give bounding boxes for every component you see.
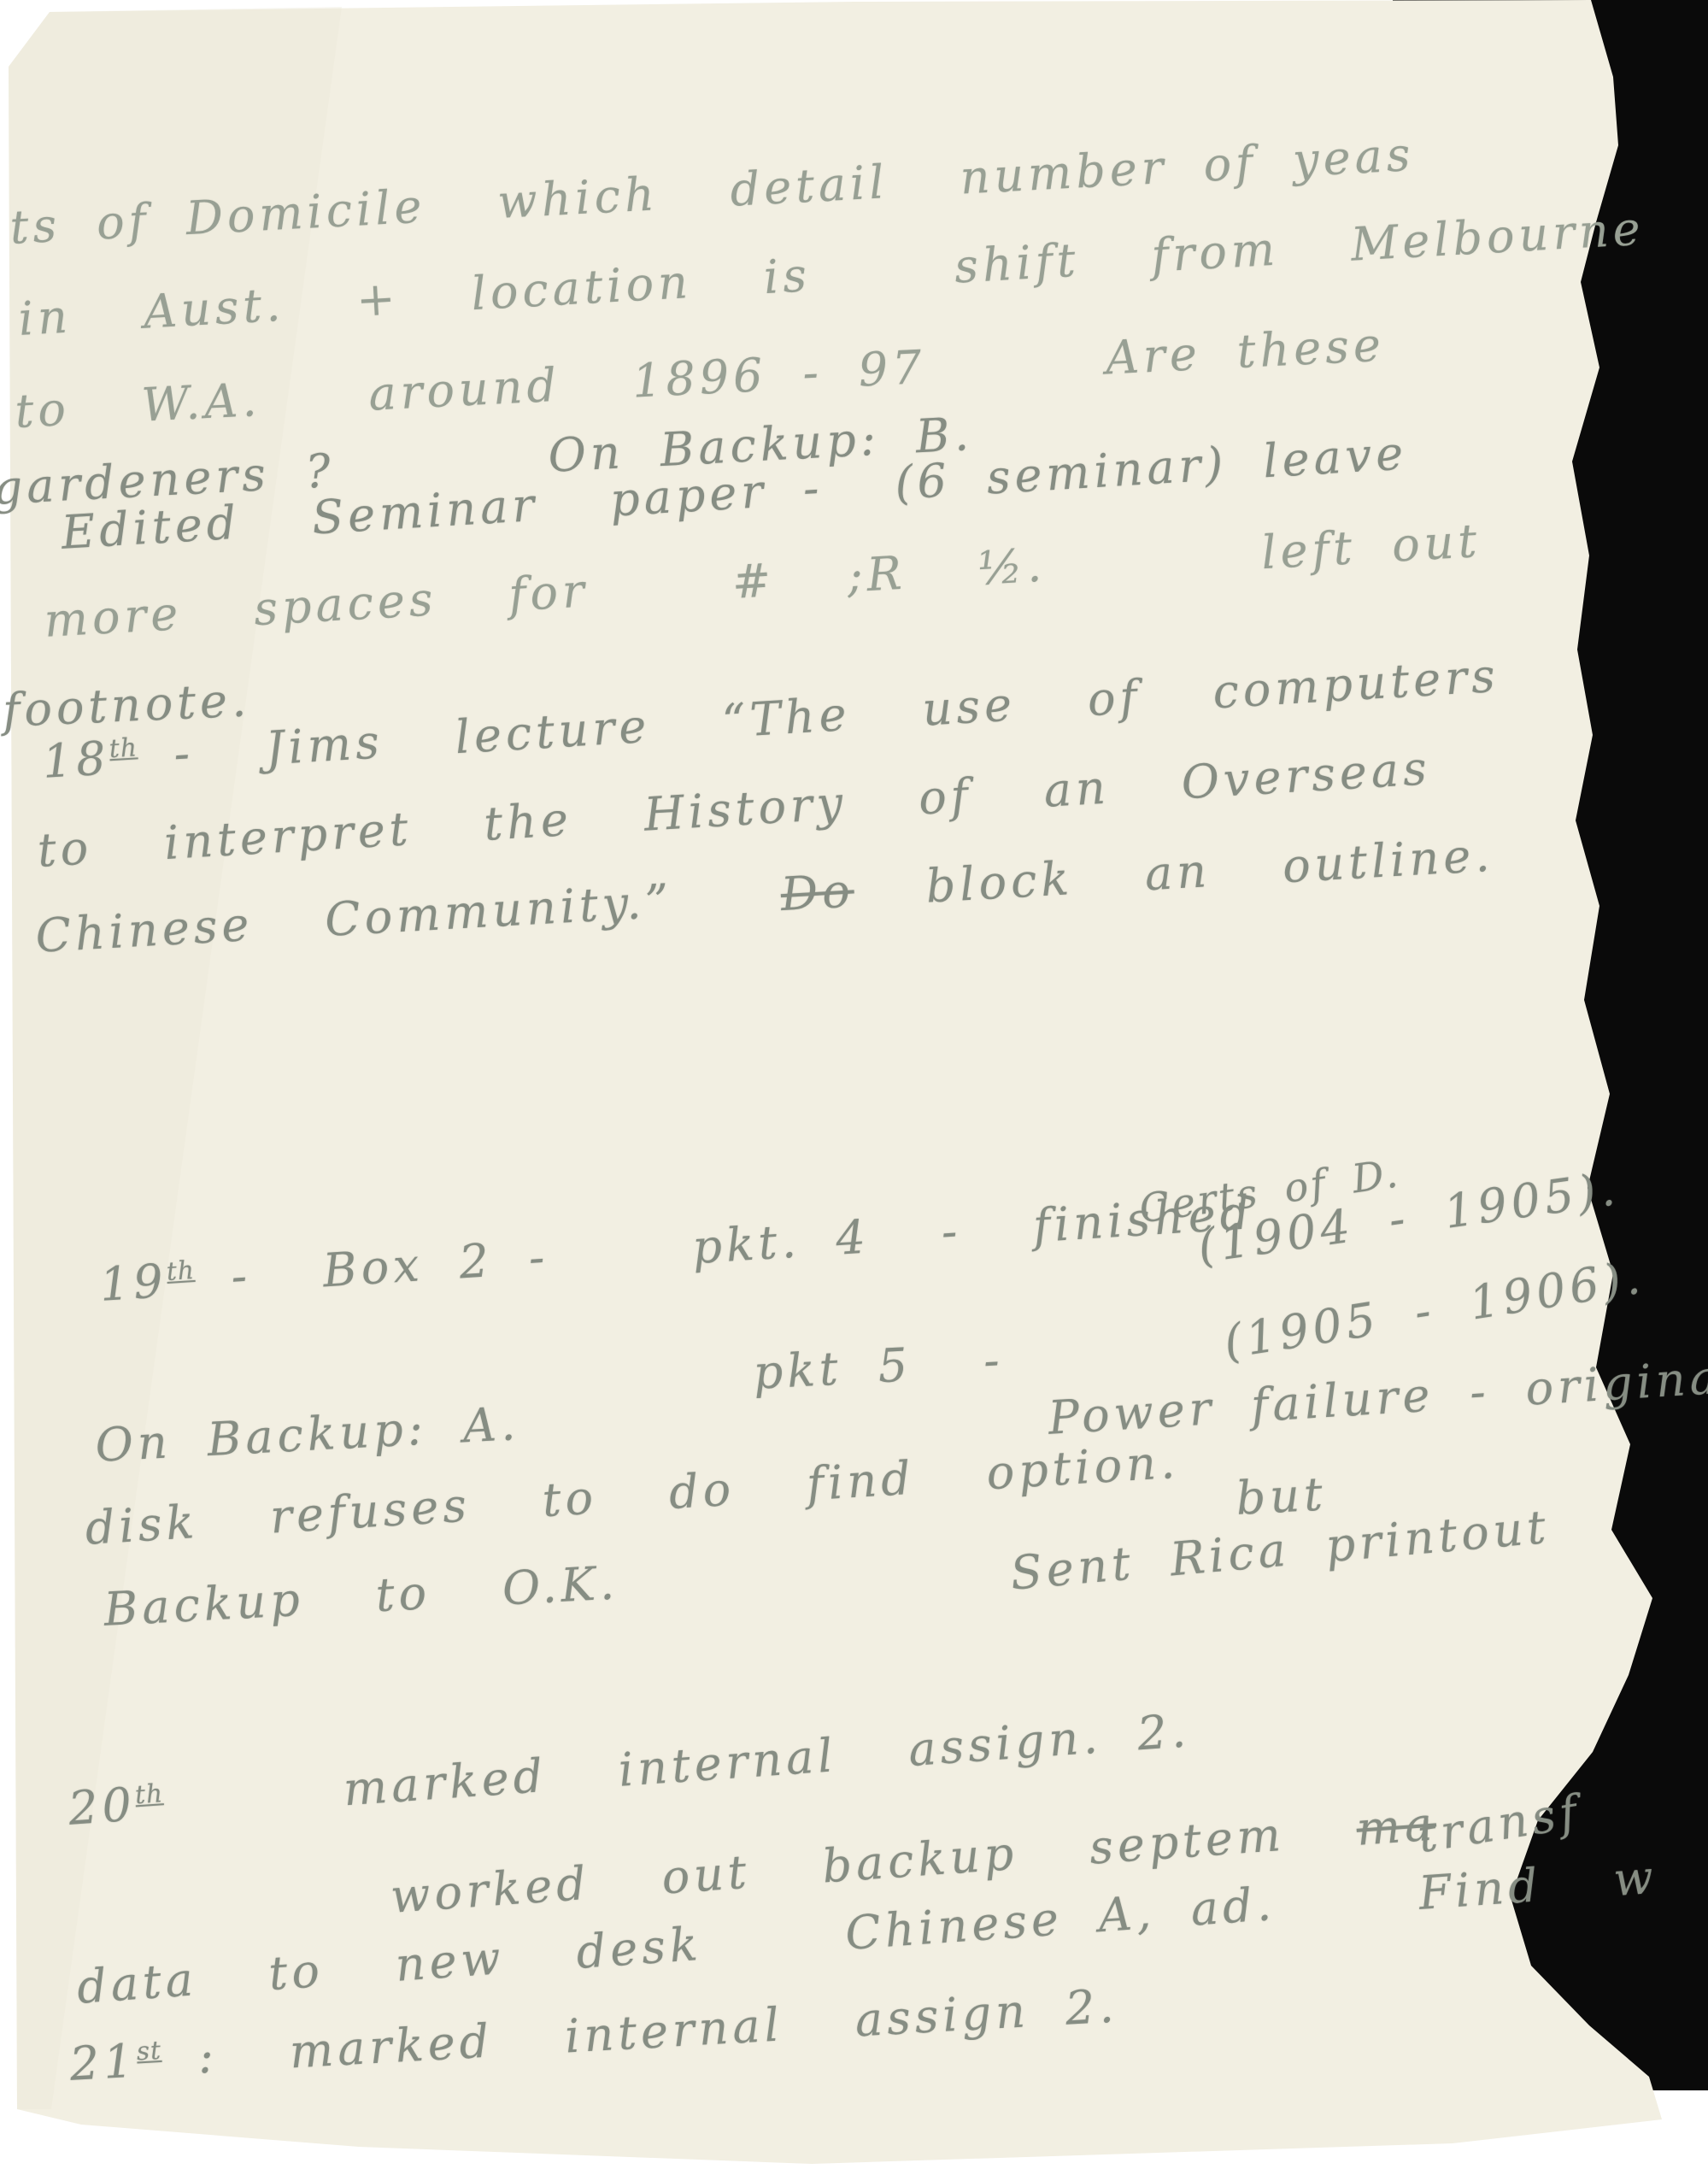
line-pkt-5: pkt 5 -: [752, 1333, 1005, 1400]
line-backup-ok: Backup to O.K.: [103, 1555, 619, 1636]
line-text: marked internal assign. 2.: [162, 1703, 1192, 1829]
day-ordinal-suffix: th: [134, 1778, 164, 1810]
crossed-out-word: Do: [779, 863, 855, 921]
line-power-failure: Power failure - original: [1047, 1349, 1708, 1444]
day-number: 20: [67, 1778, 138, 1836]
day-number: 19: [98, 1254, 169, 1312]
line-text: - Box 2 - pkt. 4 - finished: [194, 1185, 1255, 1306]
day-ordinal-suffix: th: [166, 1255, 196, 1287]
line-transf-fragment: transf: [1414, 1784, 1585, 1863]
scanned-handwritten-page: { "meta": { "description": "Torn handwri…: [0, 0, 1708, 2169]
annotation-1905-1906: (1905 - 1906).: [1220, 1249, 1647, 1369]
line-on-backup-a: On Backup: A.: [94, 1396, 521, 1472]
crossed-out-word: ma: [1355, 1796, 1439, 1855]
day-number: 18: [41, 731, 111, 789]
handwriting-layer: ts of Domicile which detail number of ye…: [0, 0, 1708, 2169]
day-ordinal-suffix: st: [136, 2036, 162, 2067]
day-number: 21: [68, 2034, 138, 2091]
line-but: but: [1235, 1467, 1328, 1525]
line-19th-box2: 19th - Box 2 - pkt. 4 - finished: [98, 1185, 1255, 1312]
day-ordinal-suffix: th: [109, 732, 138, 764]
line-text: Chinese Community.”: [34, 867, 783, 963]
line-20th-marked: 20th marked internal assign. 2.: [67, 1703, 1192, 1836]
line-text: block an outline.: [853, 828, 1495, 918]
